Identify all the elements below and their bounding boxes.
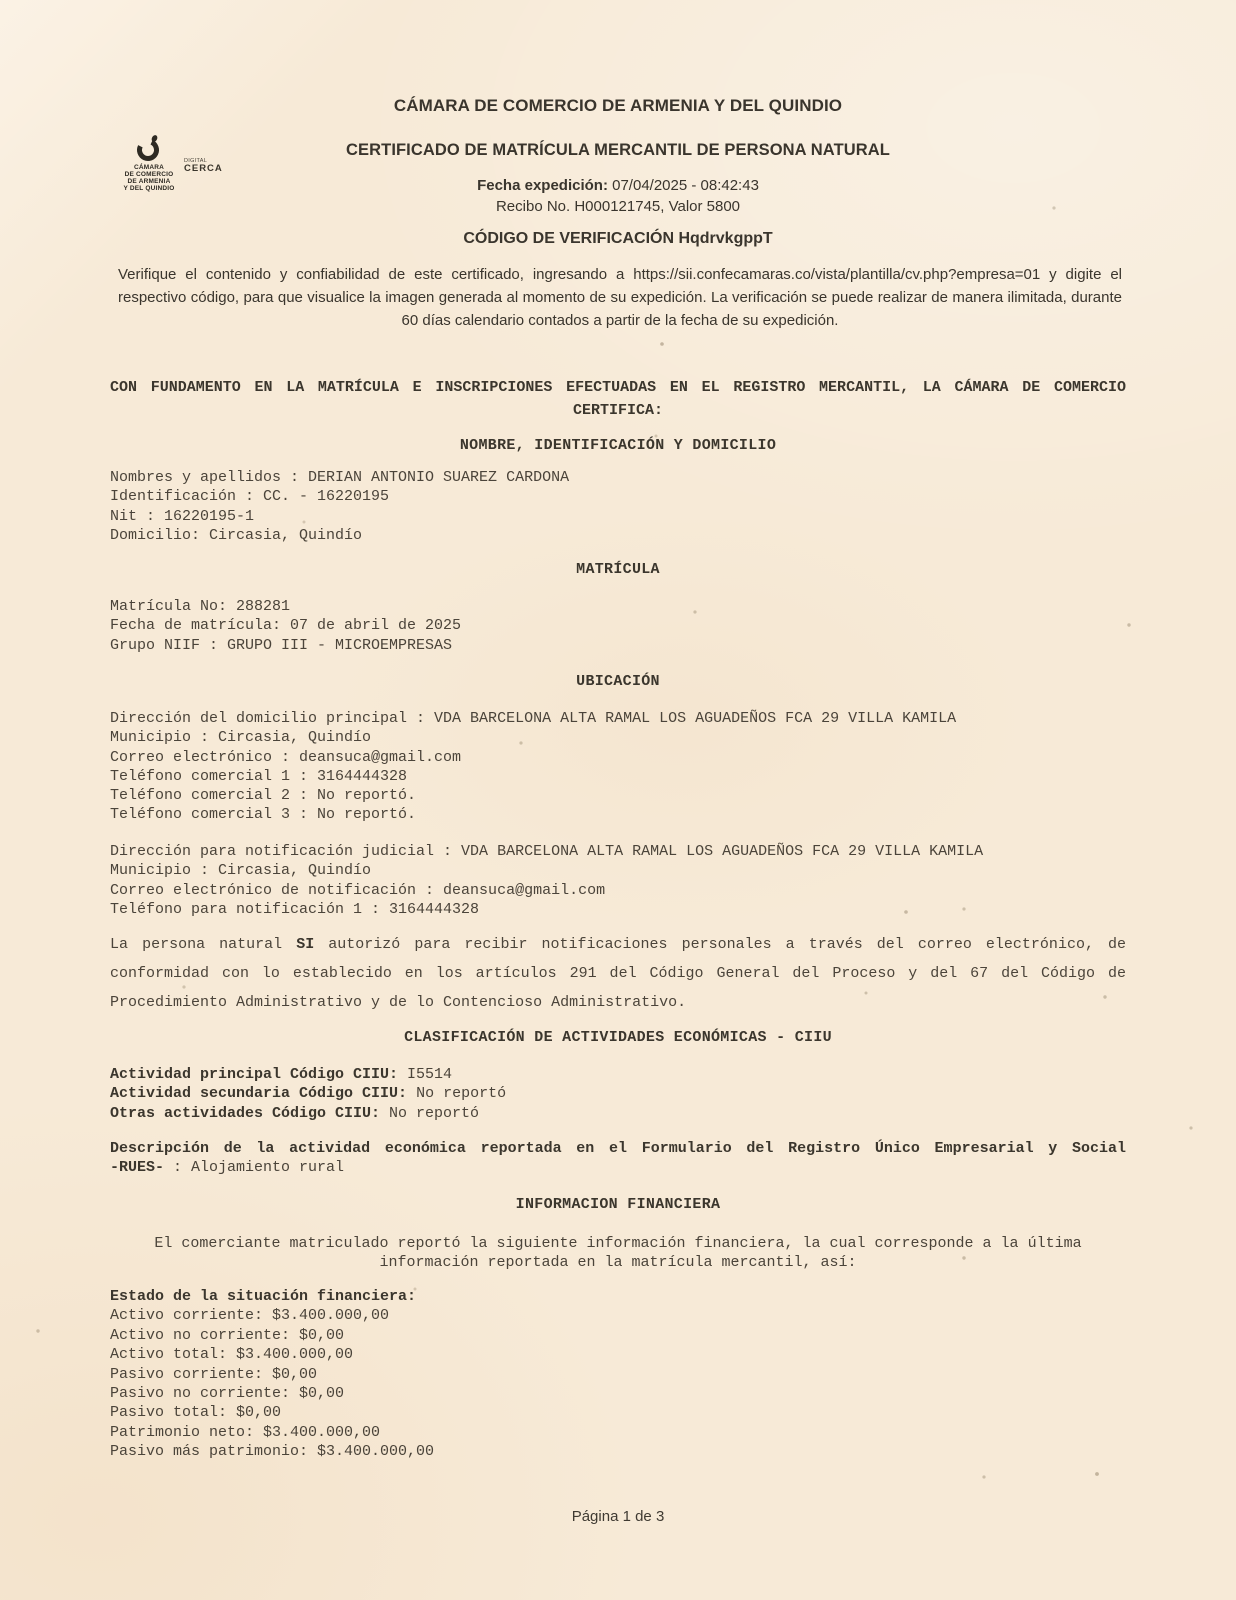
authorization-si-flag: SI <box>296 936 314 953</box>
ciiu-item: Actividad secundaria Código CIIU: No rep… <box>110 1084 1126 1103</box>
notification-authorization-paragraph: La persona natural SI autorizó para reci… <box>110 931 1126 1017</box>
identity-line: Nombres y apellidos : DERIAN ANTONIO SUA… <box>110 468 1126 487</box>
ciiu-item-label: Actividad secundaria Código CIIU: <box>110 1085 407 1102</box>
identity-line: Nit : 16220195-1 <box>110 507 1126 526</box>
judicial-line: Dirección para notificación judicial : V… <box>110 842 1126 861</box>
financial-line: Pasivo más patrimonio: $3.400.000,00 <box>110 1442 1126 1461</box>
receipt-line: Recibo No. H000121745, Valor 5800 <box>0 198 1236 215</box>
expedition-date-value: 07/04/2025 - 08:42:43 <box>608 177 759 194</box>
ciiu-item-label: Otras actividades Código CIIU: <box>110 1105 380 1122</box>
expedition-date-line: Fecha expedición: 07/04/2025 - 08:42:43 <box>0 177 1236 194</box>
paper-specks <box>0 0 2 2</box>
ciiu-item-value: No reportó <box>380 1105 479 1122</box>
financial-intro: El comerciante matriculado reportó la si… <box>110 1234 1126 1273</box>
ciiu-item-label: Actividad principal Código CIIU: <box>110 1066 398 1083</box>
ciiu-item: Otras actividades Código CIIU: No report… <box>110 1104 1126 1123</box>
activity-description-line: Descripción de la actividad económica re… <box>110 1139 1126 1158</box>
financial-line: Activo total: $3.400.000,00 <box>110 1345 1126 1364</box>
main-address-lines: Dirección del domicilio principal : VDA … <box>110 709 1126 825</box>
financial-line: Pasivo no corriente: $0,00 <box>110 1384 1126 1403</box>
financial-line: Pasivo total: $0,00 <box>110 1403 1126 1422</box>
certification-statement: CON FUNDAMENTO EN LA MATRÍCULA E INSCRIP… <box>110 376 1126 422</box>
address-line: Teléfono comercial 3 : No reportó. <box>110 805 1126 824</box>
section-heading-identity: NOMBRE, IDENTIFICACIÓN Y DOMICILIO <box>0 437 1236 454</box>
section-heading-ciiu: CLASIFICACIÓN DE ACTIVIDADES ECONÓMICAS … <box>0 1029 1236 1046</box>
ciiu-items: Actividad principal Código CIIU: I5514 A… <box>110 1065 1126 1123</box>
matricula-line: Matrícula No: 288281 <box>110 597 1126 616</box>
verification-code-line: CÓDIGO DE VERIFICACIÓN HqdrvkgppT <box>0 230 1236 248</box>
address-line: Teléfono comercial 1 : 3164444328 <box>110 767 1126 786</box>
expedition-date-label: Fecha expedición: <box>477 177 608 194</box>
activity-description-line: -RUES- : Alojamiento rural <box>110 1158 1126 1177</box>
address-line: Dirección del domicilio principal : VDA … <box>110 709 1126 728</box>
authorization-text: La persona natural <box>110 936 296 953</box>
financial-statement: Estado de la situación financiera: Activ… <box>110 1287 1126 1462</box>
financial-line: Pasivo corriente: $0,00 <box>110 1365 1126 1384</box>
identity-lines: Nombres y apellidos : DERIAN ANTONIO SUA… <box>110 468 1126 545</box>
cerca-badge-main-text: CERCA <box>184 164 228 174</box>
identity-line: Domicilio: Circasia, Quindío <box>110 526 1126 545</box>
certification-statement-line: CON FUNDAMENTO EN LA MATRÍCULA E INSCRIP… <box>110 376 1126 399</box>
address-line: Correo electrónico : deansuca@gmail.com <box>110 748 1126 767</box>
judicial-line: Municipio : Circasia, Quindío <box>110 861 1126 880</box>
certificate-scan-page: CÁMARA DE COMERCIO DE ARMENIA Y DEL QUIN… <box>0 0 1236 1600</box>
section-heading-ubicacion: UBICACIÓN <box>0 673 1236 690</box>
judicial-line: Teléfono para notificación 1 : 316444432… <box>110 900 1126 919</box>
cerca-badge: DIGITAL CERCA <box>184 158 228 174</box>
matricula-line: Grupo NIIF : GRUPO III - MICROEMPRESAS <box>110 636 1126 655</box>
judicial-notification-lines: Dirección para notificación judicial : V… <box>110 842 1126 919</box>
section-heading-financial: INFORMACION FINANCIERA <box>0 1196 1236 1213</box>
section-heading-matricula: MATRÍCULA <box>0 561 1236 578</box>
ciiu-item-value: No reportó <box>407 1085 506 1102</box>
judicial-line: Correo electrónico de notificación : dea… <box>110 881 1126 900</box>
rues-label: -RUES- <box>110 1159 164 1176</box>
logo-caption-line: CÁMARA <box>120 164 178 171</box>
financial-line: Activo no corriente: $0,00 <box>110 1326 1126 1345</box>
activity-description: Descripción de la actividad económica re… <box>110 1139 1126 1178</box>
verification-note: Verifique el contenido y confiabilidad d… <box>118 263 1122 332</box>
org-name: CÁMARA DE COMERCIO DE ARMENIA Y DEL QUIN… <box>0 96 1236 116</box>
document-title: CERTIFICADO DE MATRÍCULA MERCANTIL DE PE… <box>0 141 1236 160</box>
ciiu-item-value: I5514 <box>398 1066 452 1083</box>
financial-statement-heading: Estado de la situación financiera: <box>110 1287 1126 1306</box>
financial-line: Activo corriente: $3.400.000,00 <box>110 1306 1126 1325</box>
identity-line: Identificación : CC. - 16220195 <box>110 487 1126 506</box>
ciiu-item: Actividad principal Código CIIU: I5514 <box>110 1065 1126 1084</box>
matricula-lines: Matrícula No: 288281 Fecha de matrícula:… <box>110 597 1126 655</box>
matricula-line: Fecha de matrícula: 07 de abril de 2025 <box>110 616 1126 635</box>
activity-description-value: : Alojamiento rural <box>164 1159 344 1176</box>
address-line: Teléfono comercial 2 : No reportó. <box>110 786 1126 805</box>
certification-statement-line: CERTIFICA: <box>110 399 1126 422</box>
page-indicator: Página 1 de 3 <box>0 1508 1236 1525</box>
financial-line: Patrimonio neto: $3.400.000,00 <box>110 1423 1126 1442</box>
address-line: Municipio : Circasia, Quindío <box>110 728 1126 747</box>
